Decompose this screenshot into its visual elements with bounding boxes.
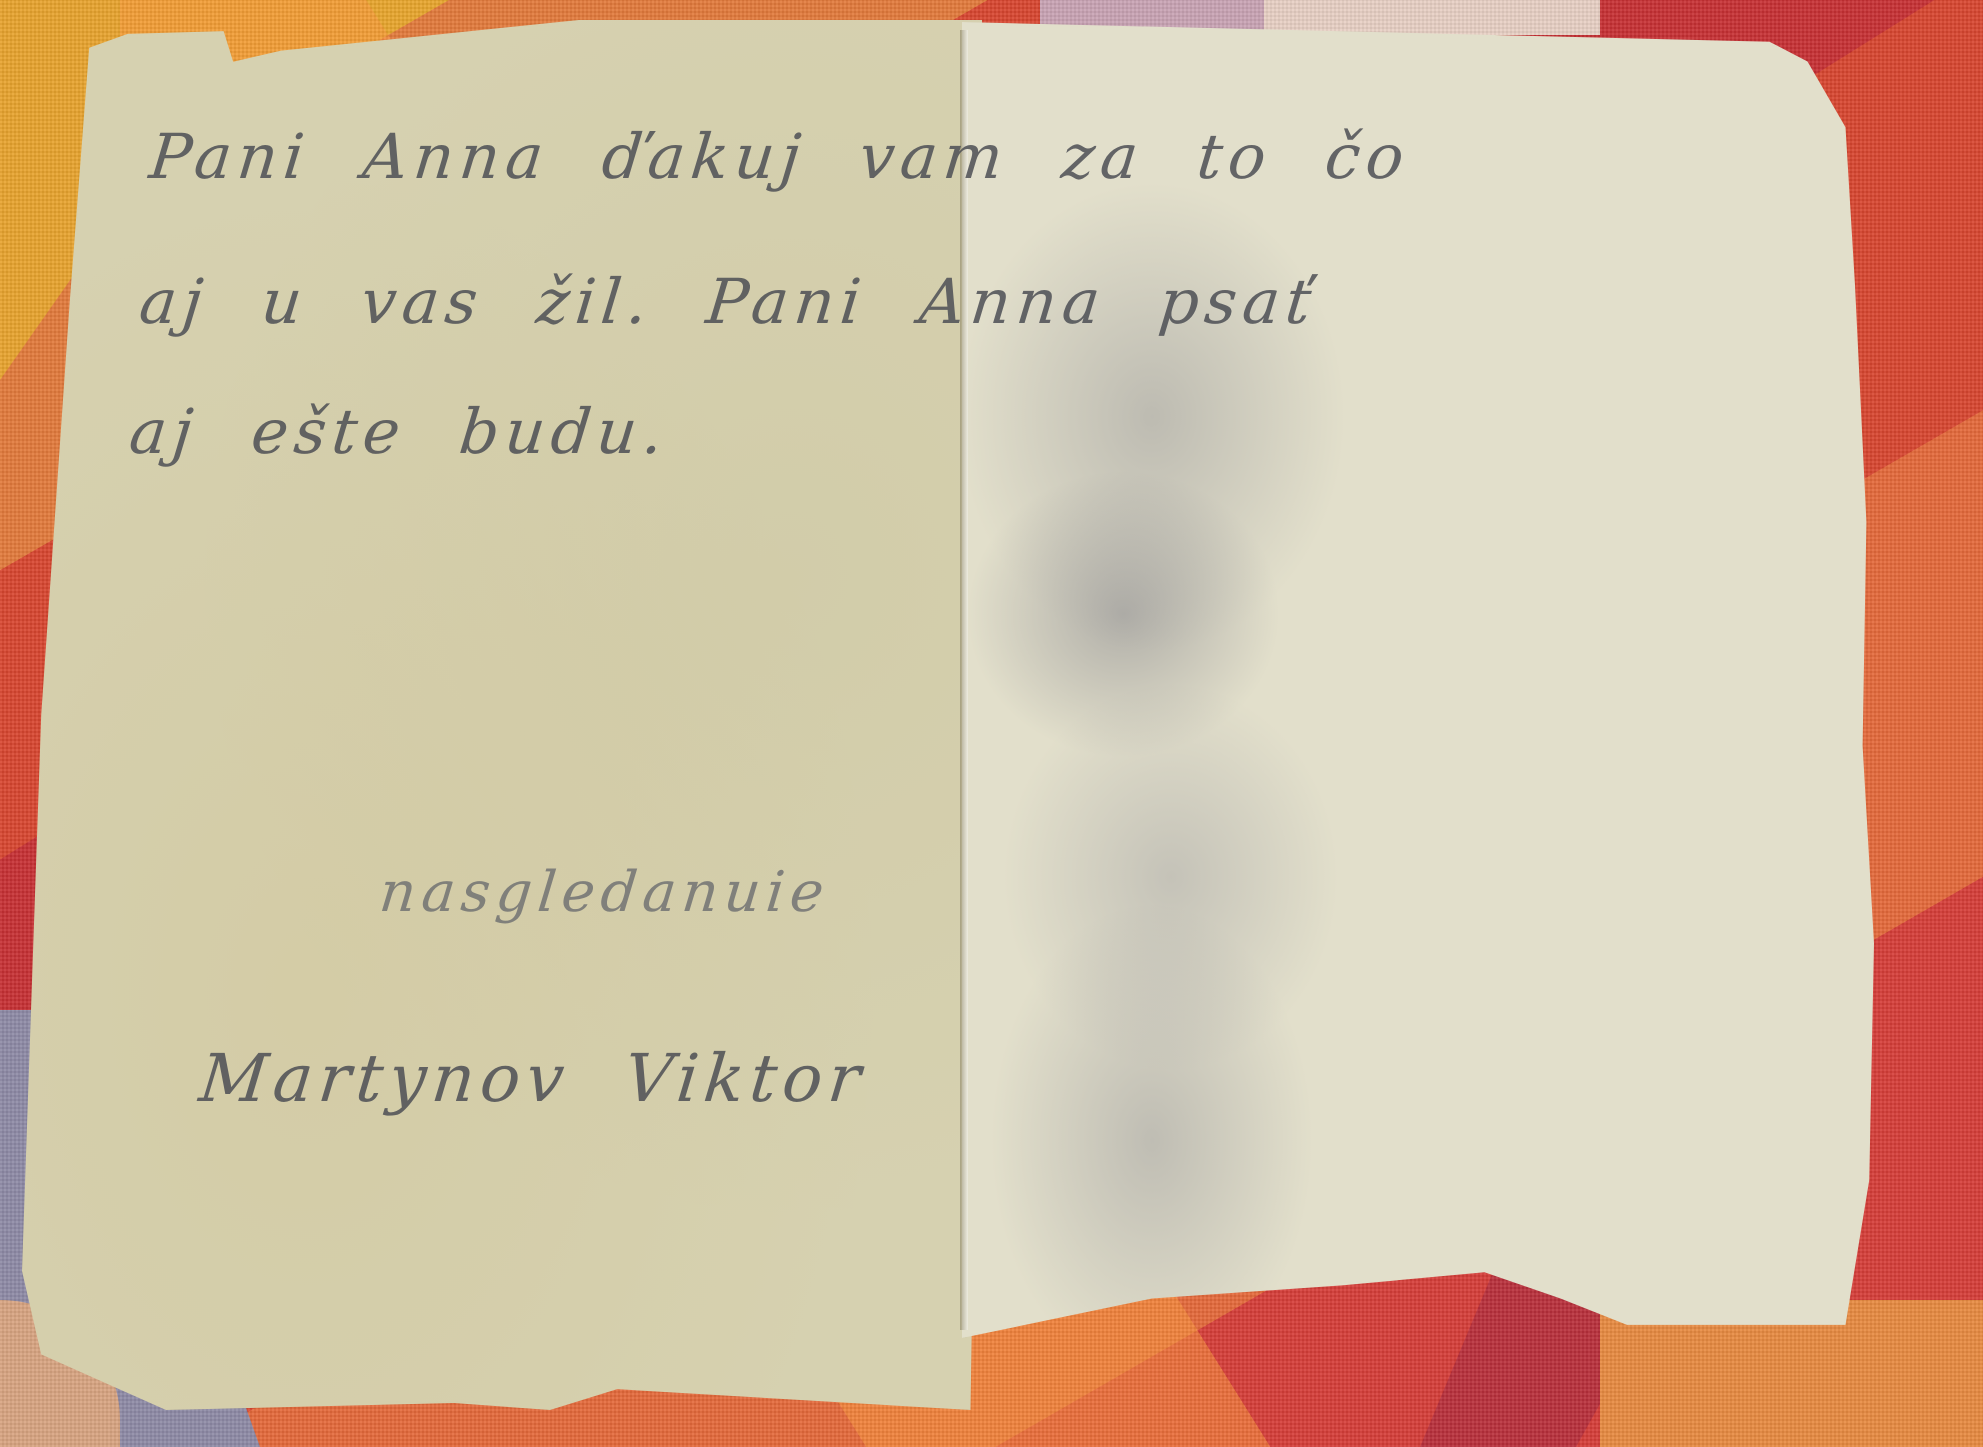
paper-fold-crease [960,30,968,1330]
paper-right-page [962,22,1912,1338]
paper-left-page [22,20,982,1410]
note-signature: Martynov Viktor [196,1040,870,1117]
note-farewell: nasgledanuie [377,860,833,925]
note-line-1: Pani Anna ďakuj vam za to čo [146,120,1413,193]
note-line-2: aj u vas žil. Pani Anna psať [136,265,1321,338]
note-line-3: aj ešte budu. [126,395,672,468]
